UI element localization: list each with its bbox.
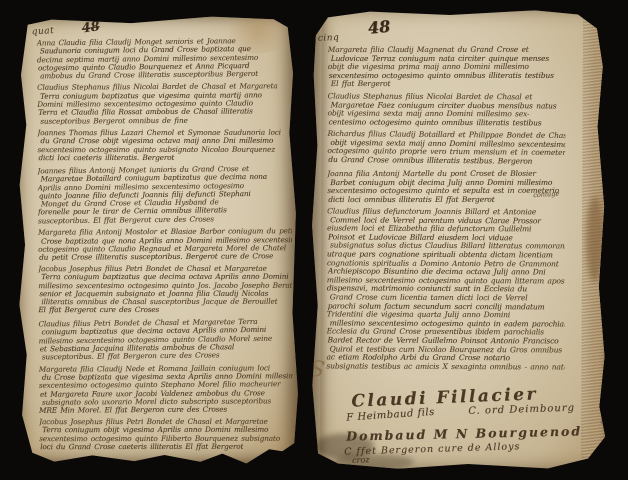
left-page-number: 48: [81, 19, 101, 36]
signature: Dombaud M N Bourguenod: [346, 423, 582, 443]
handwritten-line: loci du Grand Crose caeteris illiteratis…: [40, 443, 293, 452]
register-entry: Joannes Thomas filius Lazari Chemol et S…: [37, 129, 291, 163]
register-entry: Jacobus Josephus filius Petri Bondet de …: [38, 265, 292, 315]
register-entry: Claudius filius Petri Bondet de Chasal e…: [38, 318, 292, 362]
register-entry: Jacobus Josephus filius Petri Bondet de …: [39, 418, 293, 452]
fore-edge-wear: [586, 197, 604, 282]
signature: C ffet Bergeron cure de Alloys: [344, 441, 521, 457]
handwritten-line: susceptoribus. El ffat Bergeron cure des…: [42, 351, 293, 362]
signature: croz: [352, 455, 370, 465]
left-page: quat 48 Anna Claudia filia Claudij Monge…: [12, 13, 301, 465]
handwritten-line: ambobus du Grand Crose illiteratis susce…: [40, 70, 291, 81]
manuscript-scan: quat 48 Anna Claudia filia Claudij Monge…: [0, 0, 628, 480]
fore-edge-pencil-marks: b e c: [597, 395, 607, 428]
signature-block: Claudi Fillacier F Heimbaud fils C. ord …: [308, 5, 613, 472]
handwritten-line: sexcentesimo octogesimo quinto subsignat…: [37, 145, 291, 154]
register-entry: Anna Claudia filia Claudij Monget senior…: [37, 37, 291, 81]
handwritten-line: susceptoribus. El ffat Bergerot cure des…: [38, 214, 292, 225]
left-page-entries: Anna Claudia filia Claudij Monget senior…: [37, 37, 294, 456]
register-entry: Margareta filia Antonij Mostolor et Blas…: [38, 227, 292, 262]
handwritten-line: El ffat Bergerot cure des Croses: [38, 307, 292, 316]
register-entry: Claudius Stephanus filius Nicolai Bardet…: [37, 83, 291, 126]
handwritten-line: MRE Min Morel. El ffat Bergeron cure des…: [39, 405, 293, 415]
handwritten-line: du petit Crose illiteratis susceptoribus…: [39, 252, 292, 262]
signature: C. ord Deimbourg: [468, 403, 575, 417]
right-page: cinq 48 S coniuge Margareta filia Claudi…: [308, 5, 613, 472]
register-entry: Margareta filia Claudij Nede et Romana J…: [39, 364, 293, 415]
left-margin-annotation: quat: [31, 26, 54, 37]
handwritten-line: dicti loci caeteris illiteratis. Bergero…: [38, 154, 291, 163]
handwritten-line: susceptoribus Bergerot omnibus de fine: [40, 116, 291, 126]
register-entry: Joannes filius Antonij Monget iunioris d…: [37, 165, 292, 226]
